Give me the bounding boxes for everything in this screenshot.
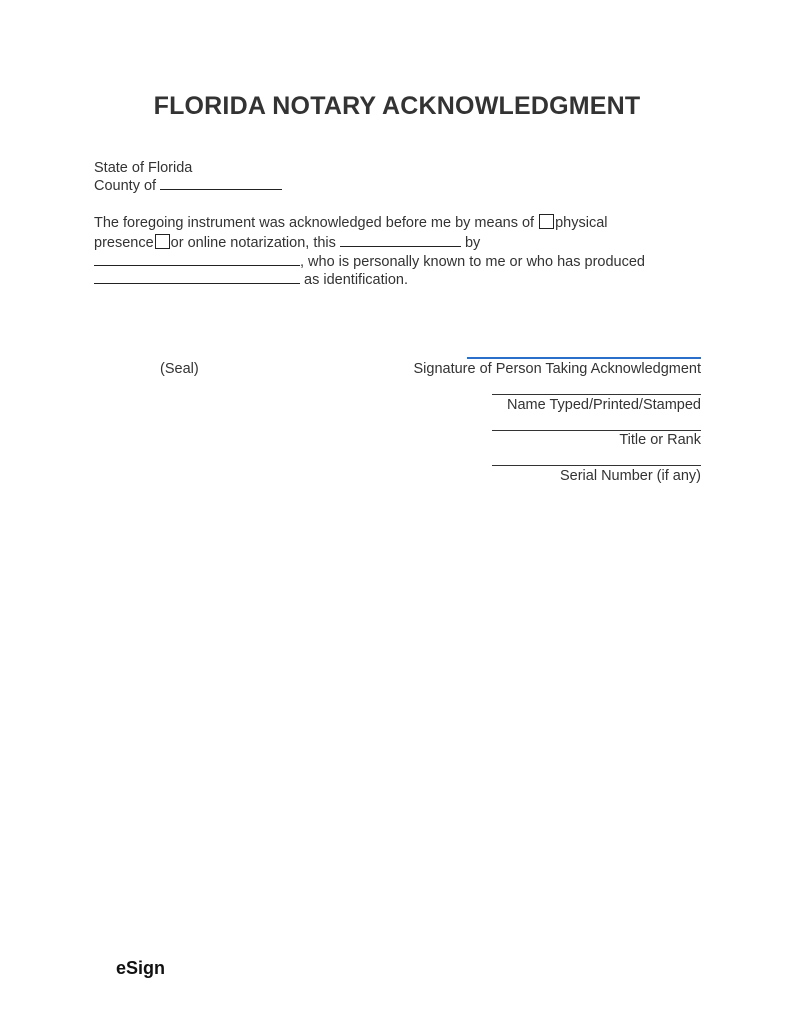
- name-line[interactable]: [492, 394, 701, 395]
- signature-line[interactable]: [467, 357, 701, 359]
- physical-presence-checkbox[interactable]: [539, 214, 554, 229]
- county-label: County of: [94, 178, 156, 194]
- physical-label: physical: [555, 215, 607, 231]
- esign-logo: eSign: [116, 958, 165, 979]
- body-line-4-text: as identification.: [304, 272, 408, 288]
- body-line-2: presenceor online notarization, this by: [94, 234, 480, 253]
- name-label: Name Typed/Printed/Stamped: [300, 396, 701, 415]
- identification-type-field[interactable]: [94, 271, 300, 284]
- date-field[interactable]: [340, 234, 461, 247]
- signature-label: Signature of Person Taking Acknowledgmen…: [300, 360, 701, 379]
- by-label: by: [465, 235, 480, 251]
- online-label: or online notarization, this: [171, 235, 336, 251]
- county-line: County of: [94, 177, 282, 196]
- body-line-4: as identification.: [94, 271, 408, 290]
- state-line: State of Florida: [94, 159, 192, 178]
- online-notarization-checkbox[interactable]: [155, 234, 170, 249]
- body-line-1: The foregoing instrument was acknowledge…: [94, 214, 608, 233]
- document-title: FLORIDA NOTARY ACKNOWLEDGMENT: [0, 92, 794, 121]
- presence-label: presence: [94, 235, 154, 251]
- body-line-3: , who is personally known to me or who h…: [94, 253, 645, 272]
- seal-label: (Seal): [160, 360, 199, 379]
- serial-line[interactable]: [492, 465, 701, 466]
- body-line-3-text: , who is personally known to me or who h…: [300, 254, 645, 270]
- serial-label: Serial Number (if any): [300, 467, 701, 486]
- body-line-1-text: The foregoing instrument was acknowledge…: [94, 215, 534, 231]
- county-field[interactable]: [160, 177, 282, 190]
- title-label: Title or Rank: [300, 431, 701, 450]
- name-of-signer-field[interactable]: [94, 253, 300, 266]
